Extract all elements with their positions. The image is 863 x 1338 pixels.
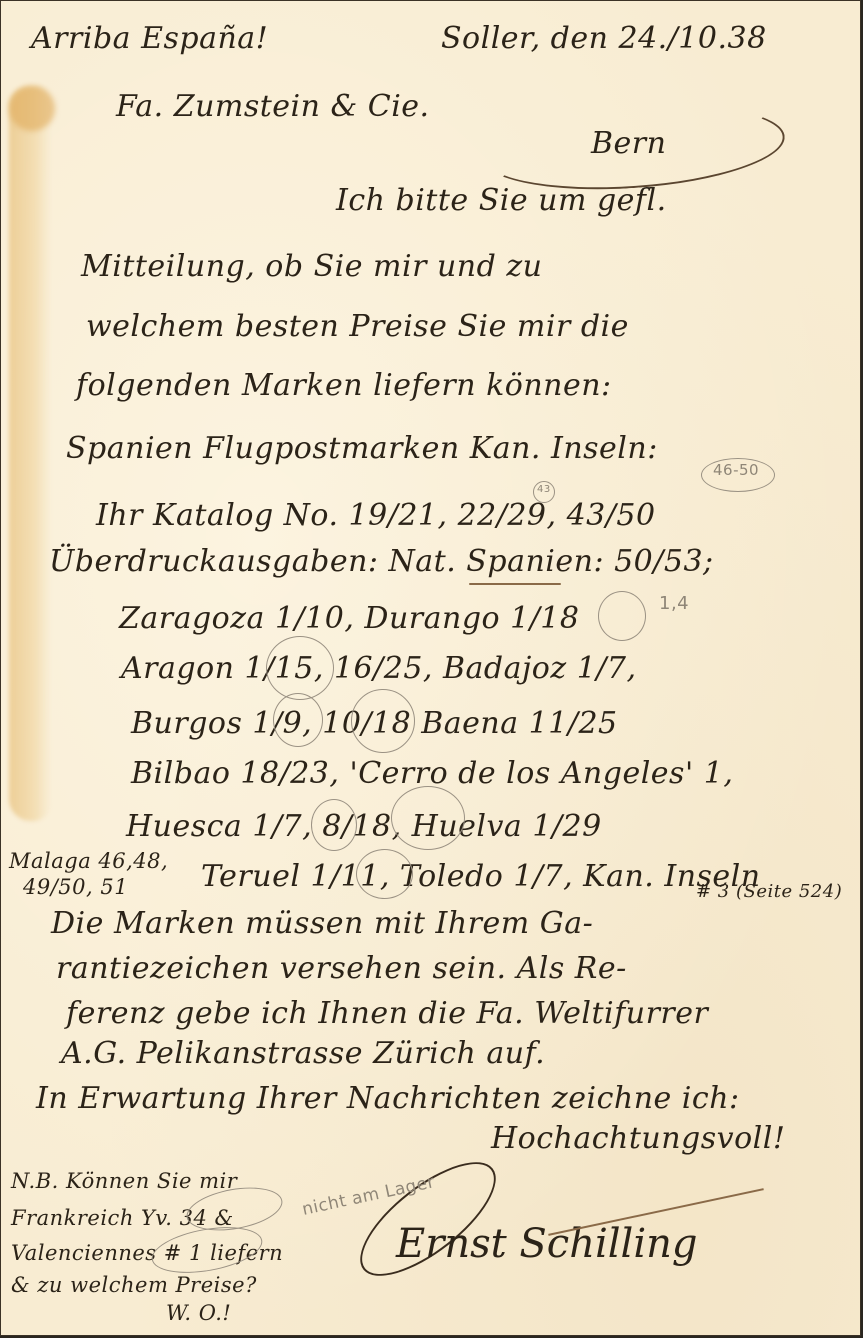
body-line-17: A.G. Pelikanstrasse Zürich auf. (61, 1036, 545, 1071)
body-line-18: In Erwartung Ihrer Nachrichten zeichne i… (36, 1081, 740, 1116)
body-line-9: Aragon 1/15, 16/25, Badajoz 1/7, (121, 651, 637, 686)
signature: Ernst Schilling (396, 1221, 698, 1267)
postscript-line-5: W. O.! (166, 1301, 231, 1325)
water-stain-spot (9, 86, 55, 131)
kan-inseln-note: # 3 (Seite 524) (696, 881, 842, 902)
postscript-line-4: & zu welchem Preise? (11, 1273, 257, 1297)
postscript-line-1: N.B. Können Sie mir (11, 1169, 237, 1193)
pencil-circle-burgos-2 (351, 689, 415, 753)
body-line-3: welchem besten Preise Sie mir die (86, 309, 629, 344)
pencil-circle-teruel (356, 849, 413, 899)
place-date: Soller, den 24./10.38 (441, 21, 767, 56)
body-line-13: Teruel 1/11, Toledo 1/7, Kan. Inseln (201, 859, 761, 894)
body-line-14: Die Marken müssen mit Ihrem Ga- (51, 906, 593, 941)
body-line-1: Ich bitte Sie um gefl. (336, 183, 667, 218)
pencil-46-50: 46-50 (713, 461, 759, 479)
body-line-6: Ihr Katalog No. 19/21, 22/29, 43/50 (96, 498, 656, 533)
pencil-circle-aragon (266, 636, 334, 700)
pencil-circle-burgos-1 (273, 693, 323, 747)
greeting: Arriba España! (31, 21, 268, 56)
body-line-4: folgenden Marken liefern können: (76, 368, 612, 403)
signature-loop (343, 1143, 513, 1296)
closing: Hochachtungsvoll! (491, 1121, 785, 1156)
pencil-43: 43 (537, 484, 551, 495)
margin-note-line-2: 49/50, 51 (23, 875, 128, 899)
body-line-7: Überdruckausgaben: Nat. Spanien: 50/53; (49, 544, 714, 579)
margin-note-line-1: Malaga 46,48, (9, 849, 168, 873)
addressee-firm: Fa. Zumstein & Cie. (116, 89, 430, 124)
body-line-12: Huesca 1/7, 8/18, Huelva 1/29 (126, 809, 602, 844)
body-line-5: Spanien Flugpostmarken Kan. Inseln: (66, 431, 658, 466)
pencil-14: 1,4 (659, 593, 689, 614)
body-line-8: Zaragoza 1/10, Durango 1/18 (119, 601, 579, 636)
pencil-circle-durango (598, 591, 646, 641)
water-stain (9, 86, 51, 821)
postcard: Arriba España! Soller, den 24./10.38 Fa.… (0, 0, 861, 1336)
spanien-underline (469, 583, 561, 585)
body-line-2: Mitteilung, ob Sie mir und zu (81, 249, 542, 284)
body-line-16: ferenz gebe ich Ihnen die Fa. Weltifurre… (66, 996, 708, 1031)
pencil-circle-huesca-1 (311, 799, 357, 851)
body-line-15: rantiezeichen versehen sein. Als Re- (56, 951, 627, 986)
pencil-circle-huesca-2 (391, 786, 465, 850)
